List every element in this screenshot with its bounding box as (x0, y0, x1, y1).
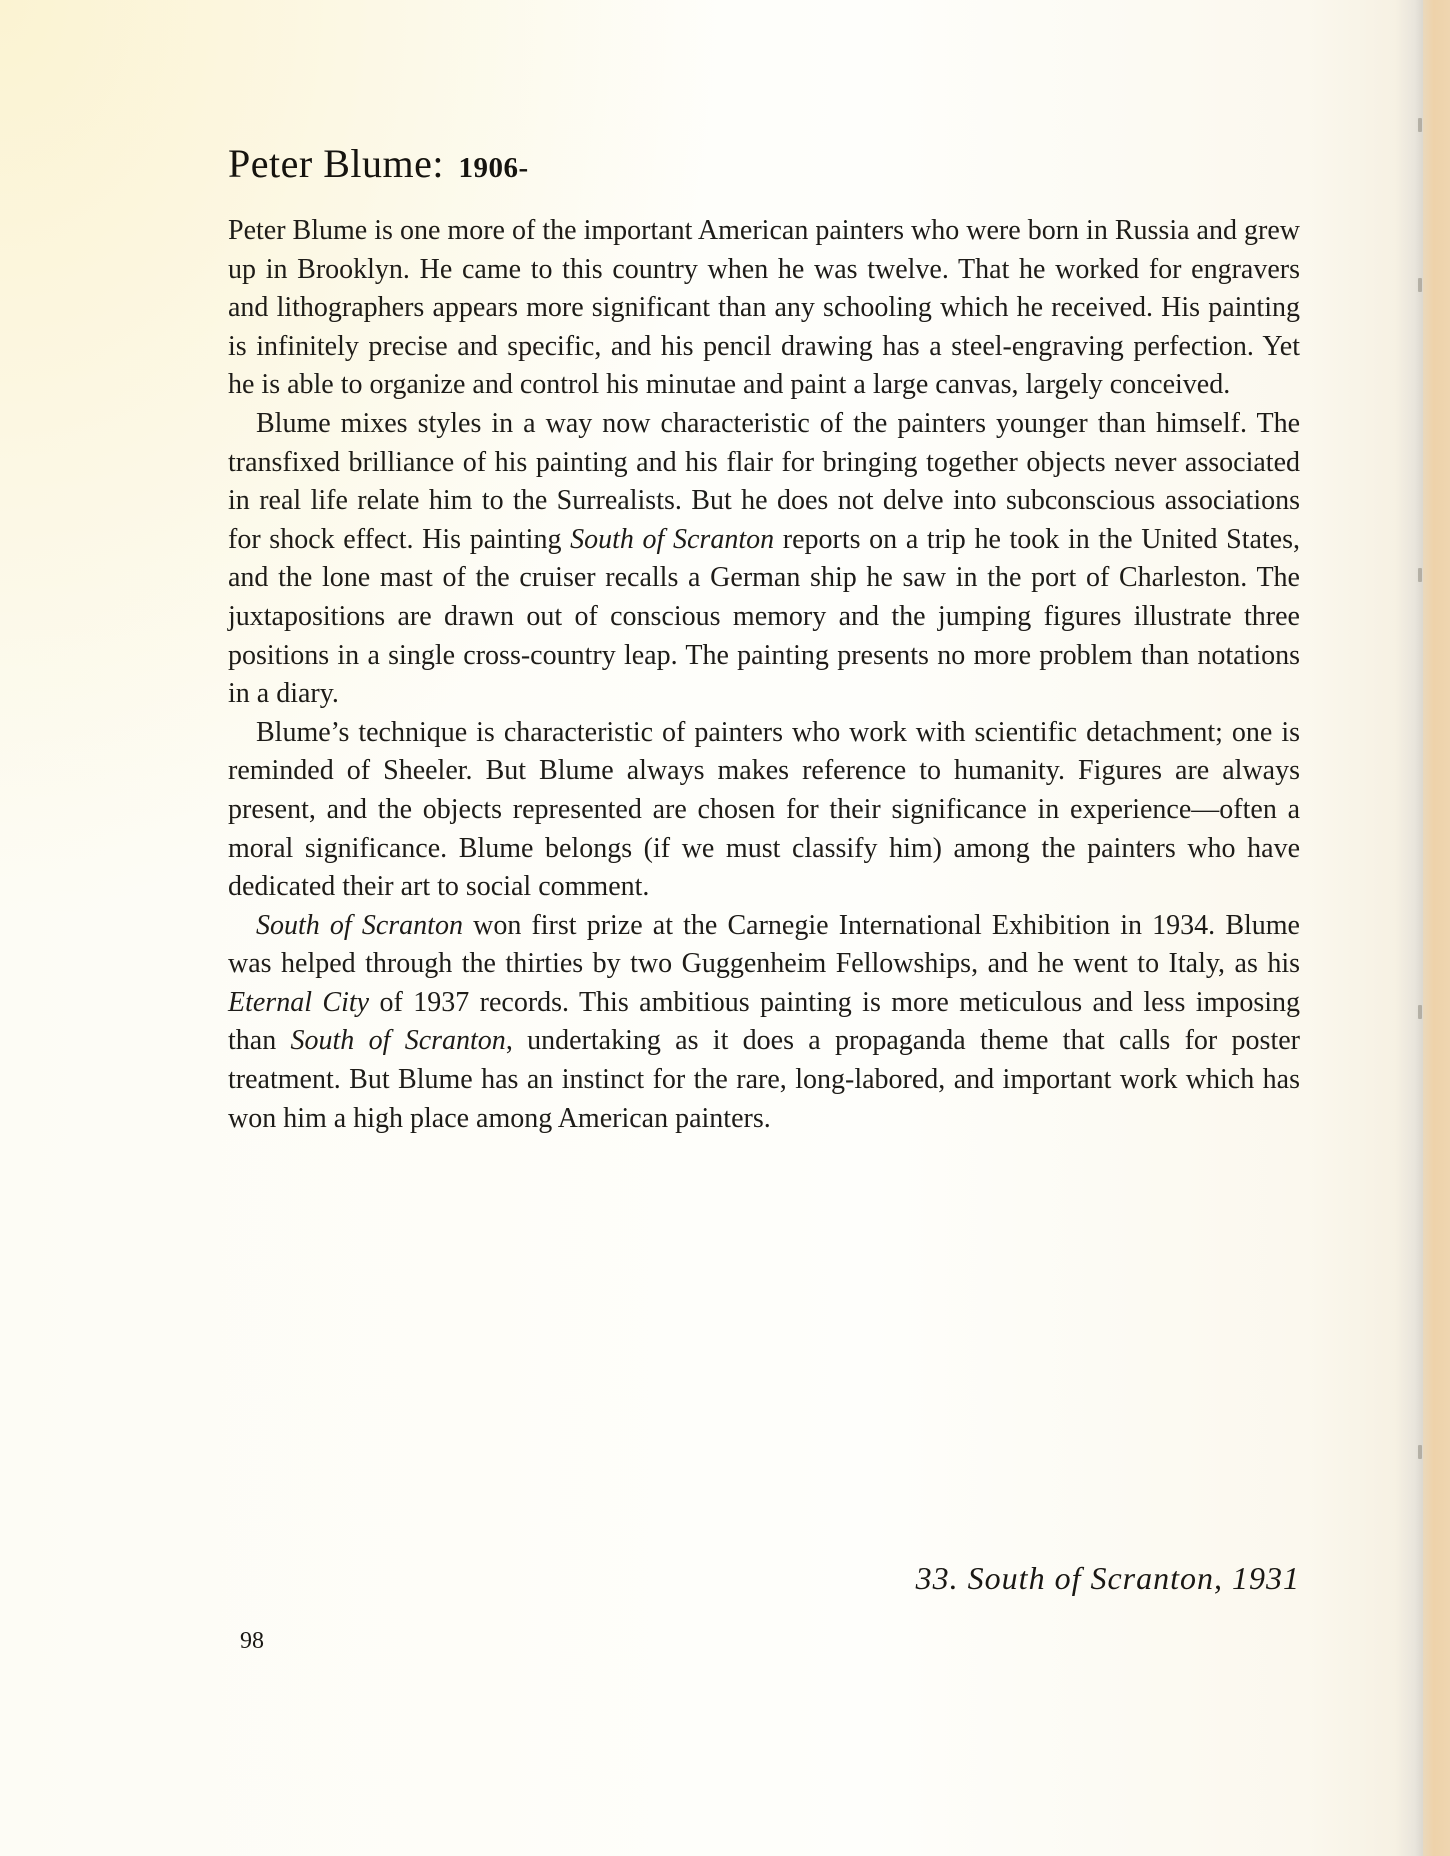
paragraph: Blume mixes styles in a way now characte… (228, 405, 1300, 714)
edge-mark (1418, 568, 1422, 582)
text-run: Peter Blume is one more of the important… (228, 215, 1300, 400)
edge-mark (1418, 278, 1422, 292)
artwork-title: South of Scranton (291, 1025, 506, 1056)
paragraph: Peter Blume is one more of the important… (228, 212, 1300, 405)
artwork-title: South of Scranton (570, 524, 774, 555)
figure-caption: 33. South of Scranton, 1931 (916, 1560, 1300, 1597)
artwork-title: Eternal City (228, 987, 369, 1018)
edge-mark (1418, 1005, 1422, 1019)
text-run: Blume’s technique is characteristic of p… (228, 717, 1300, 902)
binding-edge (1423, 0, 1450, 1856)
page-heading: Peter Blume: 1906- (228, 140, 529, 187)
article-body: Peter Blume is one more of the important… (228, 212, 1300, 1138)
artwork-title: South of Scranton (256, 910, 463, 941)
page-number: 98 (240, 1628, 264, 1655)
edge-mark (1418, 1445, 1422, 1459)
edge-mark (1418, 118, 1422, 132)
paragraph: Blume’s technique is characteristic of p… (228, 714, 1300, 907)
paragraph: South of Scranton won first prize at the… (228, 907, 1300, 1139)
artist-name: Peter Blume: (228, 141, 444, 186)
artist-dates: 1906- (458, 152, 528, 184)
book-page: Peter Blume: 1906- Peter Blume is one mo… (0, 0, 1450, 1856)
